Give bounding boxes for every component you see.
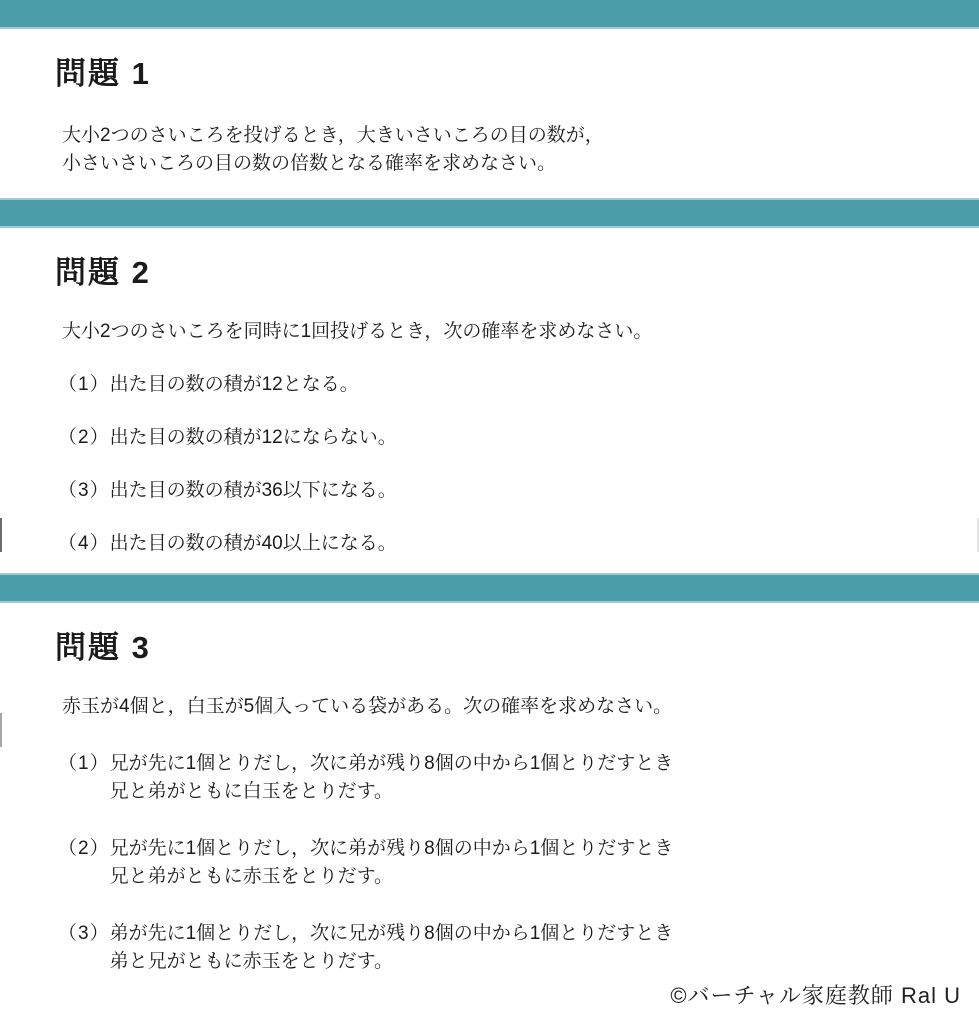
item-line: 兄と弟がともに赤玉をとりだす。 [110,863,979,891]
question-item: （1）兄が先に1個とりだし，次に弟が残り8個の中から1個とりだすとき兄と弟がとも… [58,750,979,806]
item-number: （3） [58,477,110,505]
item-line: 出た目の数の積が36以下になる。 [110,477,979,505]
problem-intro: 赤玉が4個と，白玉が5個入っている袋がある。次の確率を求めなさい。 [62,693,979,721]
intro-line: 小さいさいころの目の数の倍数となる確率を求めなさい。 [62,150,979,178]
page-edge-artifact [0,713,2,747]
problem-intro: 大小2つのさいころを同時に1回投げるとき，次の確率を求めなさい。 [62,318,979,346]
question-item: （4）出た目の数の積が40以上になる。 [58,530,979,558]
problem-section-1: 問題 1大小2つのさいころを投げるとき，大きいさいころの目の数が，小さいさいころ… [0,29,979,198]
item-line: 出た目の数の積が40以上になる。 [110,530,979,558]
question-item: （1）出た目の数の積が12となる。 [58,371,979,399]
worksheet-page: 問題 1大小2つのさいころを投げるとき，大きいさいころの目の数が，小さいさいころ… [0,0,979,1024]
intro-line: 大小2つのさいころを投げるとき，大きいさいころの目の数が， [62,122,979,150]
footer-credit: ©バーチャル家庭教師 Ral U [670,979,961,1010]
separator-band [0,198,979,228]
item-line: 兄と弟がともに白玉をとりだす。 [110,778,979,806]
item-line: 出た目の数の積が12にならない。 [110,424,979,452]
item-number: （2） [58,424,110,452]
intro-line: 赤玉が4個と，白玉が5個入っている袋がある。次の確率を求めなさい。 [62,693,979,721]
question-item: （3）弟が先に1個とりだし，次に兄が残り8個の中から1個とりだすとき弟と兄がとも… [58,920,979,976]
problem-intro: 大小2つのさいころを投げるとき，大きいさいころの目の数が，小さいさいころの目の数… [62,122,979,178]
question-item: （3）出た目の数の積が36以下になる。 [58,477,979,505]
item-line: 兄が先に1個とりだし，次に弟が残り8個の中から1個とりだすとき [110,835,979,863]
problem-title: 問題 1 [55,56,979,92]
item-line: 弟と兄がともに赤玉をとりだす。 [110,948,979,976]
item-line: 出た目の数の積が12となる。 [110,371,979,399]
problem-section-2: 問題 2大小2つのさいころを同時に1回投げるとき，次の確率を求めなさい。（1）出… [0,228,979,573]
item-number: （4） [58,530,110,558]
item-line: 兄が先に1個とりだし，次に弟が残り8個の中から1個とりだすとき [110,750,979,778]
separator-band [0,573,979,603]
item-number: （1） [58,371,110,399]
page-edge-artifact [0,518,2,552]
item-number: （1） [58,750,110,806]
question-item: （2）出た目の数の積が12にならない。 [58,424,979,452]
item-number: （2） [58,835,110,891]
question-item: （2）兄が先に1個とりだし，次に弟が残り8個の中から1個とりだすとき兄と弟がとも… [58,835,979,891]
problem-title: 問題 3 [55,630,979,666]
item-line: 弟が先に1個とりだし，次に兄が残り8個の中から1個とりだすとき [110,920,979,948]
problem-title: 問題 2 [55,255,979,291]
intro-line: 大小2つのさいころを同時に1回投げるとき，次の確率を求めなさい。 [62,318,979,346]
item-number: （3） [58,920,110,976]
separator-band [0,0,979,29]
problem-section-3: 問題 3赤玉が4個と，白玉が5個入っている袋がある。次の確率を求めなさい。（1）… [0,603,979,1024]
